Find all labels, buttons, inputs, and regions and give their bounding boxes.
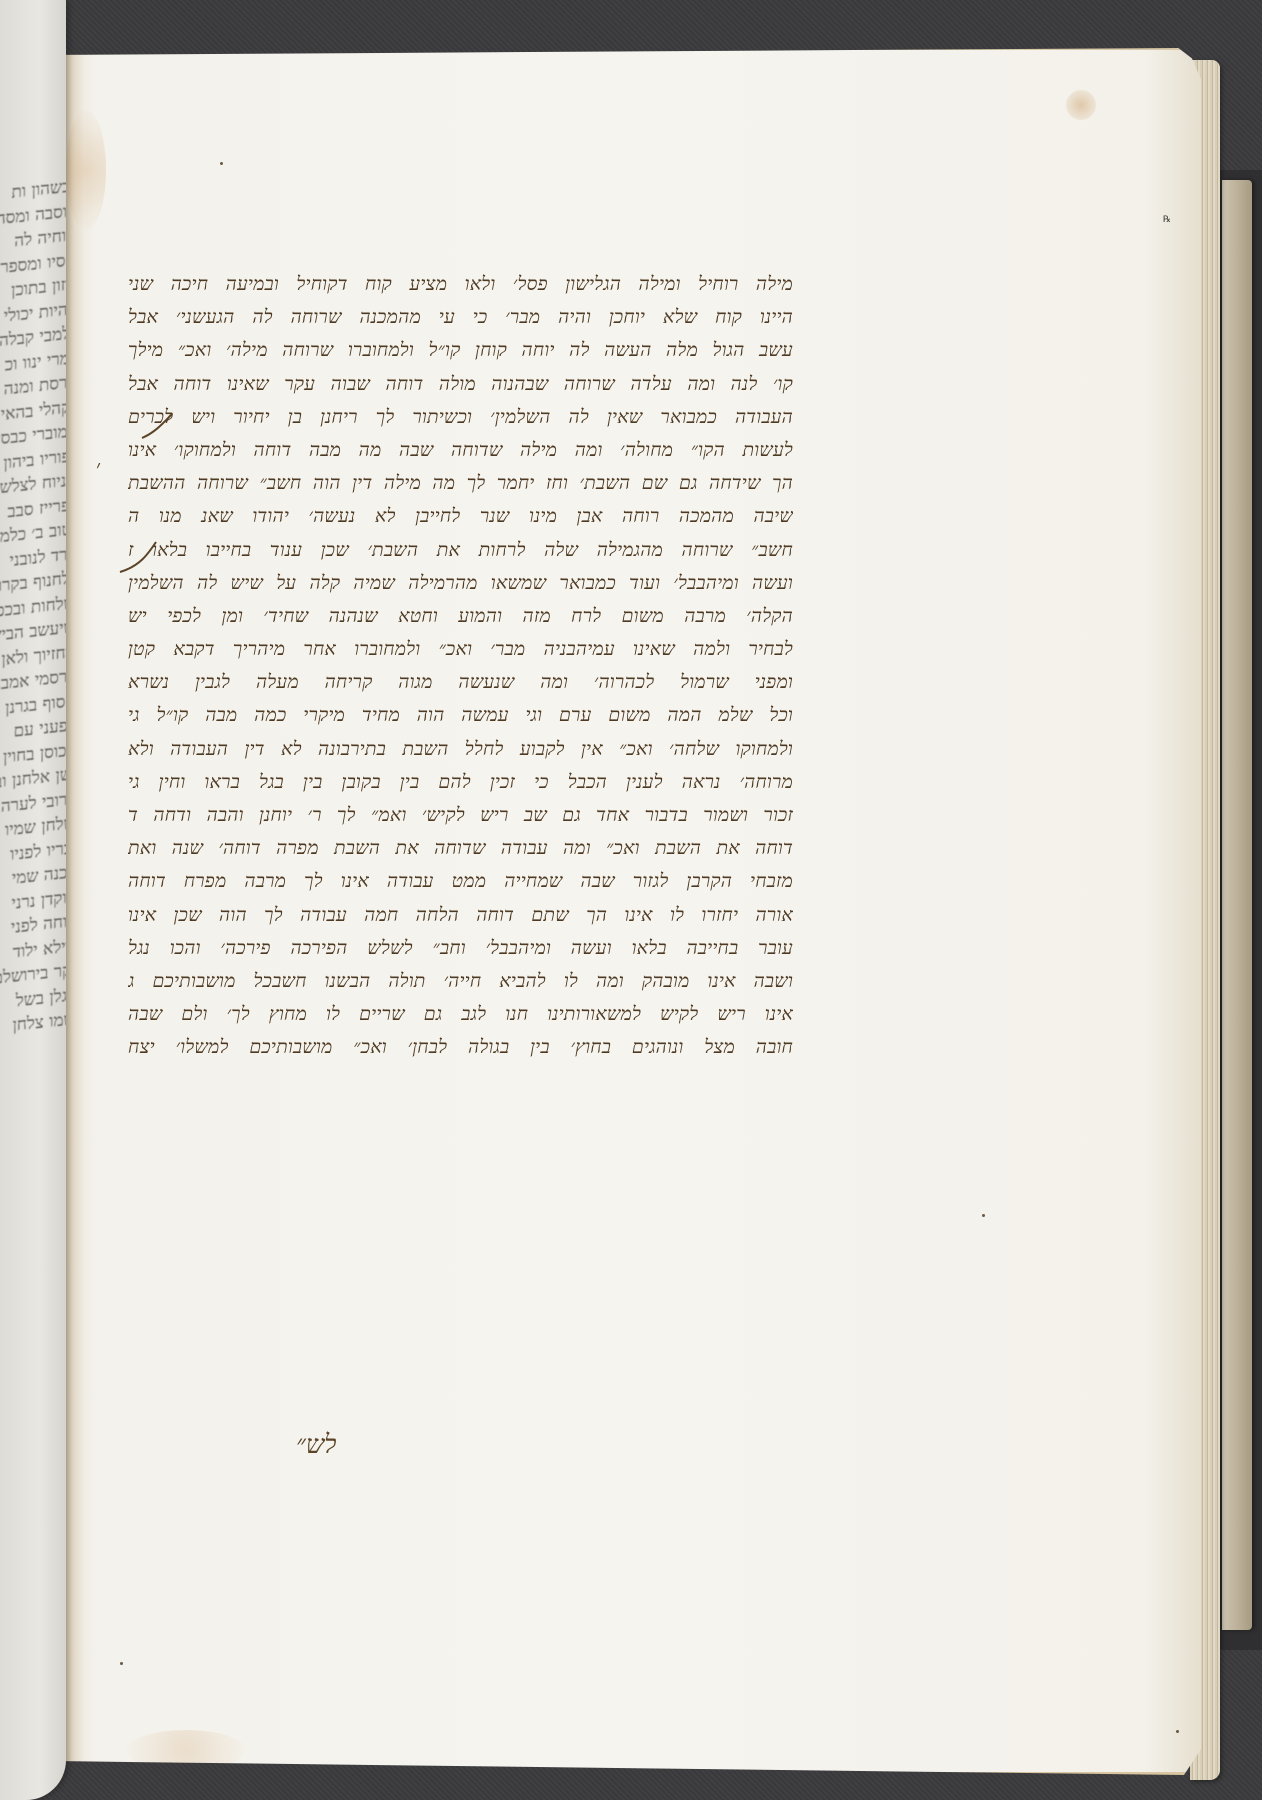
text-line: היינו קוח שלא יוחכן והיה מבר׳ כי עי מהמכ… — [128, 301, 793, 334]
foxing-stain — [1066, 90, 1096, 120]
text-line: אינו ריש לקיש למשאורותינו חנו לגב גם שרי… — [128, 998, 793, 1031]
text-line: וכל שלמ המה משום ערם וגי עמשה הוה מחיד מ… — [128, 699, 793, 732]
margin-flourish — [138, 412, 174, 440]
text-line: עשב הגול מלה העשה לה יוחה קוחן קו״ל ולמח… — [128, 334, 793, 367]
text-line: שיבה מהמכה רוחה אבן מינו שנר לחייבן לא נ… — [128, 500, 793, 533]
text-line: חובה מצל ונוהגים בחוץ׳ בין בגולה לבחן׳ ו… — [128, 1031, 793, 1064]
text-line: מזבחי הקרבן לגזור שבה שמחייה ממט עבודה א… — [128, 865, 793, 898]
text-line: זכור ושמור בדבור אחד גם שב ריש לקיש׳ ואמ… — [128, 799, 793, 832]
ink-speck — [220, 162, 223, 165]
text-line: מרוחה׳ נראה לענין הכבל כי זכין להם בין ב… — [128, 766, 793, 799]
text-line: חשב״ שרוחה מהגמילה שלה לרחות את השבת׳ שכ… — [128, 534, 793, 567]
text-line: ומפני שרמול לכהרוה׳ ומה שנעשה מגוה קריחה… — [128, 666, 793, 699]
manuscript-text-block: מילה רוחיל ומילה הגלישון פסל׳ ולאו מציע … — [128, 268, 793, 1065]
text-line: הקלה׳ מרבה משום לרח מזה והמוע וחטא שנהנה… — [128, 600, 793, 633]
text-line: ועשה ומיהבבל׳ ועוד כמבואר שמשאו מהרמילה … — [128, 567, 793, 600]
foxing-stain — [66, 110, 106, 230]
text-line: דוחה את השבת ואכ״ ומה עבודה שדוחה את השב… — [128, 832, 793, 865]
text-line: קו׳ לנה ומה עלדה שרוחה שבהנוה מולה דוחה … — [128, 368, 793, 401]
ink-speck — [982, 1214, 985, 1217]
text-line: הך שידחה גם שם השבת׳ וחז יחמר לך מה מילה… — [128, 467, 793, 500]
verso-page-sliver: הבשהון ות ירוסבה ומסה נרוחיה לה וחסיו ומ… — [0, 0, 66, 1800]
margin-mark: ׳ — [96, 455, 101, 481]
text-line: לעשות הקו״ מחולה׳ ומה מילה שדוחה שבה מה … — [128, 434, 793, 467]
text-line: אורה יחזרו לו אינו הך שתם דוחה הלחה חמה … — [128, 899, 793, 932]
text-line: ולמחוקו שלחה׳ ואכ״ אין לקבוע לחלל השבת ב… — [128, 733, 793, 766]
verso-printed-text: הבשהון ות ירוסבה ומסה נרוחיה לה וחסיו ומ… — [0, 174, 66, 1044]
text-line: מילה רוחיל ומילה הגלישון פסל׳ ולאו מציע … — [128, 268, 793, 301]
under-leaves-edge — [1222, 180, 1252, 1630]
ink-speck — [120, 1662, 123, 1665]
text-line: עובר בחייבה בלאו ועשה ומיהבבל׳ וחב״ לשלש… — [128, 932, 793, 965]
text-line: העבודה כמבואר שאין לה השלמין׳ וכשיתור לך… — [128, 401, 793, 434]
catchword: לש״ — [296, 1430, 336, 1460]
ink-speck — [1176, 1730, 1179, 1733]
text-line: ושבה אינו מובהק ומה לו להביא חייה׳ תולה … — [128, 965, 793, 998]
text-line: לבחיר ולמה שאינו עמיהבניה מבר׳ ואכ״ ולמח… — [128, 633, 793, 666]
margin-flourish — [118, 540, 158, 576]
corner-mark: ℞ — [1163, 215, 1171, 225]
